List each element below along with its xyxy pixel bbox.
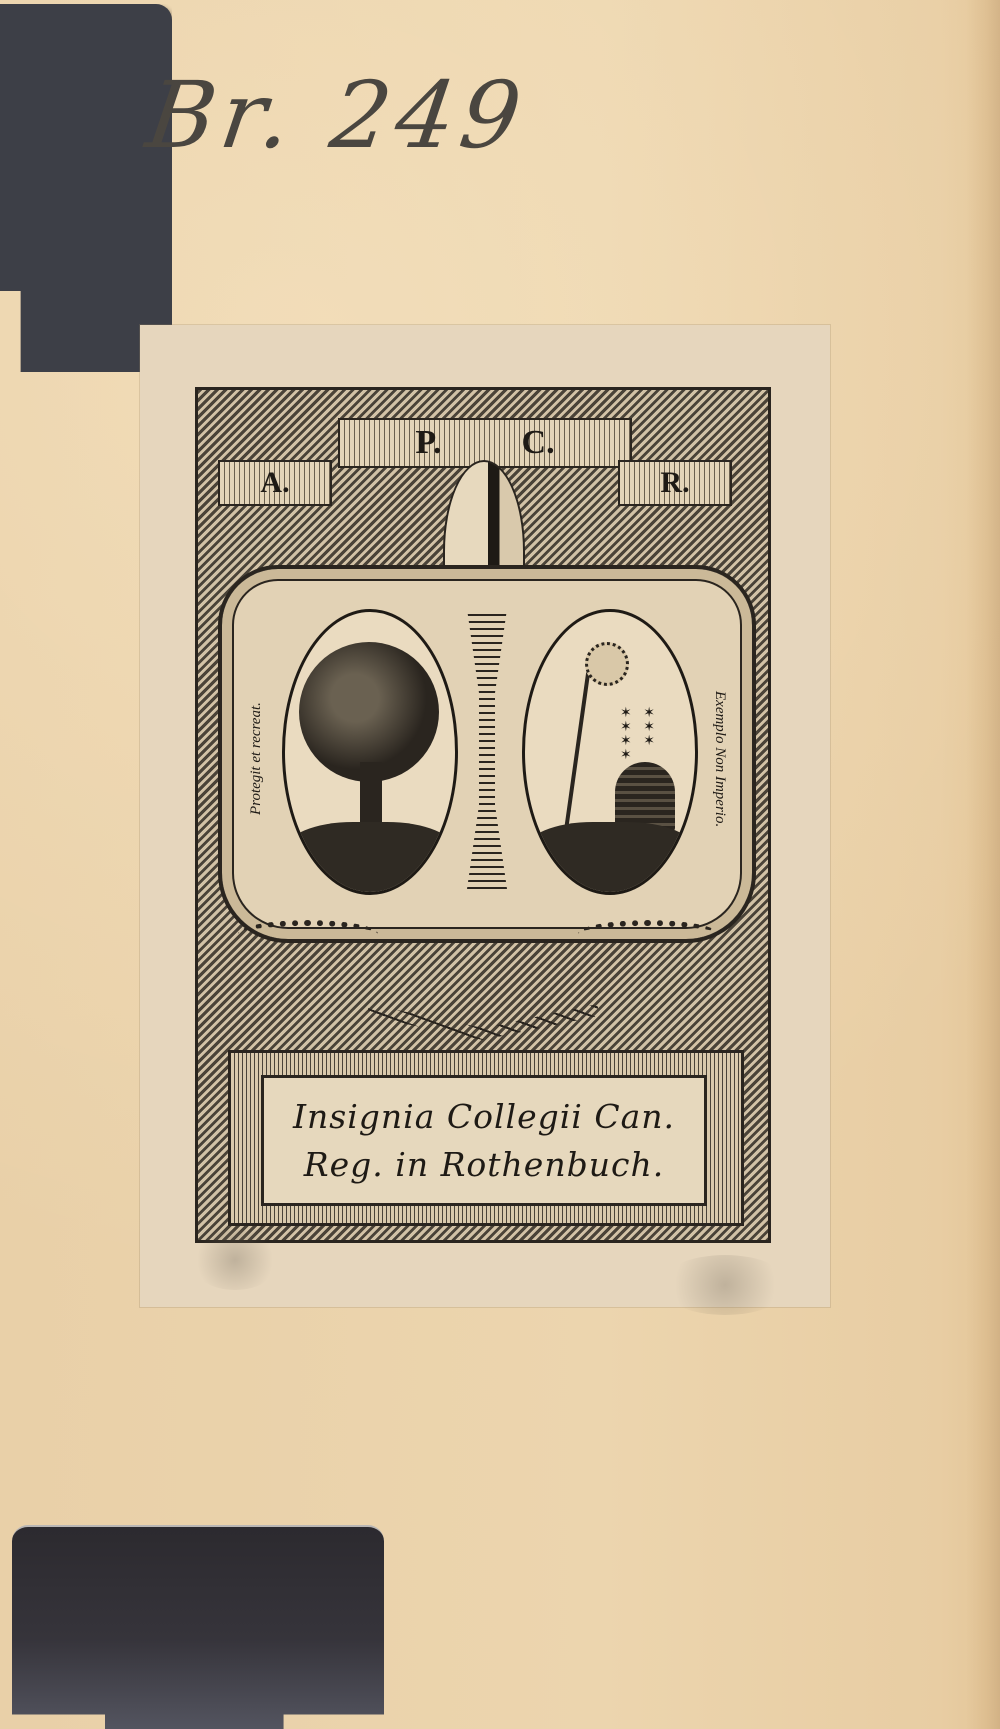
- banner-letter-p: P.: [415, 424, 441, 462]
- tree-icon: [299, 642, 439, 782]
- library-tab-bottom: [12, 1525, 384, 1729]
- engraved-frame: A. P. C. R. Protegit et recreat.: [195, 387, 771, 1243]
- bees-icon: ✶ ✶ ✶ ✶ ✶ ✶ ✶: [620, 707, 680, 757]
- central-column: [467, 609, 507, 889]
- chain-left: [238, 920, 378, 948]
- flower-stem: [564, 673, 590, 832]
- motto-right: Exemplo Non Imperio.: [698, 629, 728, 889]
- foxing-stain: [660, 1255, 790, 1315]
- oval-tree: [282, 609, 458, 895]
- banner-letter-a: A.: [260, 466, 289, 500]
- label-frame: Insignia Collegii Can. Reg. in Rothenbuc…: [228, 1050, 744, 1226]
- palm-branches: [368, 980, 598, 1040]
- label-line-1: Insignia Collegii Can.: [293, 1093, 675, 1141]
- ground: [525, 822, 695, 892]
- page-edge: [966, 0, 1000, 1729]
- oval-beehive: ✶ ✶ ✶ ✶ ✶ ✶ ✶: [522, 609, 698, 895]
- ground: [285, 822, 455, 892]
- chain-right: [578, 920, 718, 948]
- cartouche: Protegit et recreat. ✶ ✶ ✶ ✶ ✶ ✶ ✶ Exemp…: [218, 565, 756, 943]
- banner-left: A.: [218, 460, 332, 506]
- label-line-2: Reg. in Rothenbuch.: [304, 1141, 664, 1189]
- flower-icon: [585, 642, 629, 686]
- banner-letter-r: R.: [660, 466, 689, 500]
- motto-left: Protegit et recreat.: [248, 629, 278, 889]
- library-tab-top: [0, 4, 172, 372]
- label-box: Insignia Collegii Can. Reg. in Rothenbuc…: [261, 1075, 707, 1206]
- mitre-icon: [443, 460, 525, 574]
- banner-letter-c: C.: [522, 424, 555, 462]
- foxing-stain: [190, 1230, 280, 1290]
- bookplate: A. P. C. R. Protegit et recreat.: [140, 325, 830, 1307]
- book-page: Br. 249 A. P. C. R. Protegit et recreat.: [0, 0, 1000, 1729]
- handwritten-shelfmark: Br. 249: [140, 62, 533, 169]
- banner-right: R.: [618, 460, 732, 506]
